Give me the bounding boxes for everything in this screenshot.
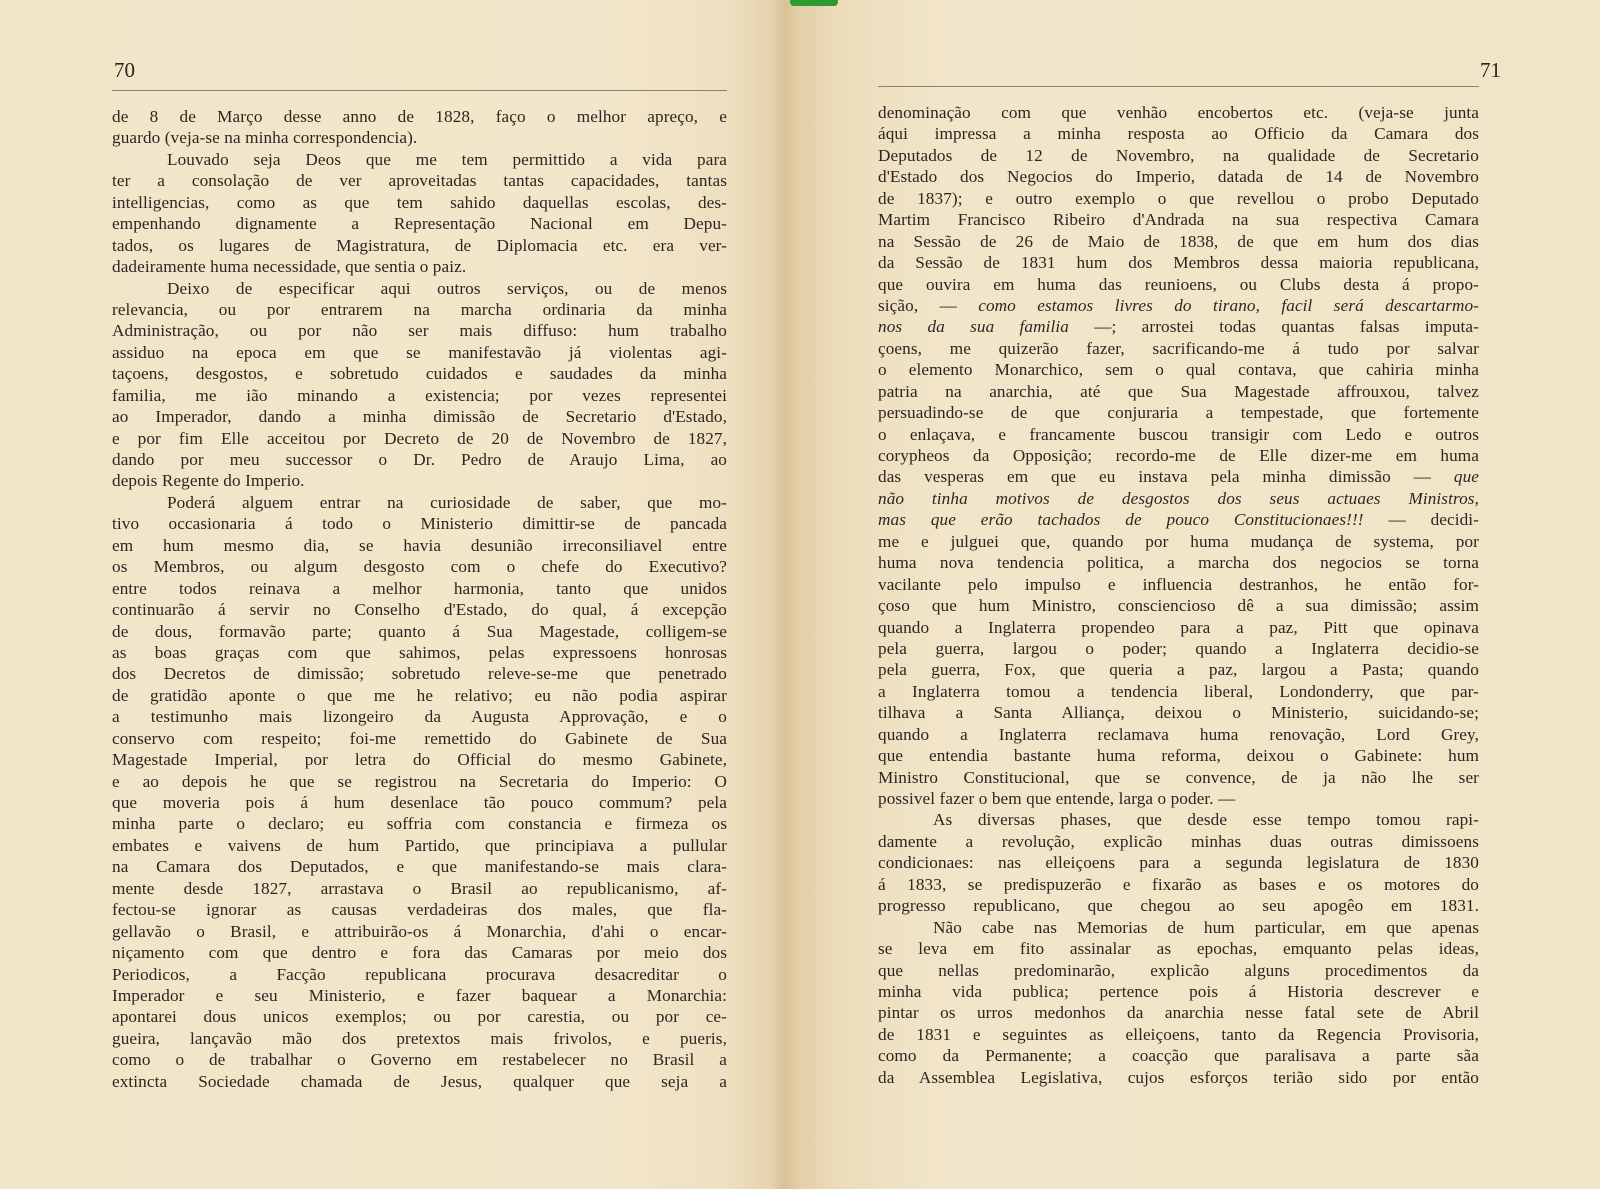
text-line: ter a consolação de ver aproveitadas tan… — [112, 170, 727, 191]
text-segment: possivel fazer o bem que entende, larga … — [878, 789, 1235, 808]
text-line: de gratidão aponte o que me he relativo;… — [112, 685, 727, 706]
page-body-text: de 8 de Março desse anno de 1828, faço o… — [112, 106, 727, 1092]
text-line: quando a Inglaterra reclamava huma renov… — [878, 724, 1479, 745]
text-segment: pela guerra, Fox, que queria a paz, larg… — [878, 660, 1479, 679]
text-line: de 8 de Março desse anno de 1828, faço o… — [112, 106, 727, 127]
text-segment: coryphеos da Opposição; recordo-me de El… — [878, 446, 1479, 465]
text-line: guardo (veja-se na minha correspondencia… — [112, 127, 727, 148]
text-line: vacilante pelo impulso e influencia dest… — [878, 574, 1479, 595]
text-line: de dous, formavão parte; quanto á Sua Ma… — [112, 621, 727, 642]
text-line: empenhando dignamente a Representação Na… — [112, 213, 727, 234]
text-segment: áqui impressa a minha resposta ao Offici… — [878, 124, 1479, 143]
text-line: de 1831 e seguintes as elleiçoens, tanto… — [878, 1024, 1479, 1045]
italic-quote: que — [1454, 467, 1479, 486]
text-line: da Sessão de 1831 hum dos Membros dessa … — [878, 252, 1479, 273]
text-segment: da Assemblea Legislativa, cujos esforços… — [878, 1068, 1479, 1087]
header-rule — [878, 86, 1479, 87]
text-line: e por fim Elle acceitou por Decreto de 2… — [112, 428, 727, 449]
text-segment: progresso republicano, que chegou ao seu… — [878, 896, 1479, 915]
text-line: o elemento Monarchico, sem o qual contav… — [878, 359, 1479, 380]
text-line: pela guerra, Fox, que queria a paz, larg… — [878, 659, 1479, 680]
text-line: á 1833, se predispuzerão e fixarão as ba… — [878, 874, 1479, 895]
text-segment: huma nova tendencia politica, a marcha d… — [878, 553, 1479, 572]
text-segment: persuadindo-se de que conjuraria a tempe… — [878, 403, 1479, 422]
text-line: que entendia bastante huma reforma, deix… — [878, 745, 1479, 766]
text-line: a Inglaterra tomou a tendencia liberal, … — [878, 681, 1479, 702]
page-number: 70 — [114, 58, 135, 83]
text-line: depois Regente do Imperio. — [112, 470, 727, 491]
italic-quote: como estamos livres do tirano, facil ser… — [978, 296, 1479, 315]
page-body-text: denominação com que venhão encobertos et… — [878, 102, 1479, 1088]
text-line: Imperador e seu Ministerio, e fazer baqu… — [112, 985, 727, 1006]
text-segment: Ministro Constitucional, que se convence… — [878, 768, 1479, 787]
text-line: dos Decretos de dimissão; sobretudo rele… — [112, 663, 727, 684]
text-line: conservo com respeito; foi-me remettido … — [112, 728, 727, 749]
text-segment: que entendia bastante huma reforma, deix… — [878, 746, 1479, 765]
text-line: denominação com que venhão encobertos et… — [878, 102, 1479, 123]
text-line: gellavão o Brasil, e attribuirão-os á Mo… — [112, 921, 727, 942]
text-segment: d'Estado dos Negocios do Imperio, datada… — [878, 167, 1479, 186]
text-segment: me e julguei que, quando por huma mudanç… — [878, 532, 1479, 551]
text-line: nos da sua familia —; arrostei todas qua… — [878, 316, 1479, 337]
text-segment: —; arrostei todas quantas falsas imputa- — [1069, 317, 1479, 336]
text-line: fectou-se ignorar as causas verdadeiras … — [112, 899, 727, 920]
text-line: Louvado seja Deos que me tem permittido … — [112, 149, 727, 170]
text-segment: sição, — — [878, 296, 978, 315]
text-line: na Sessão de 26 de Maio de 1838, de que … — [878, 231, 1479, 252]
text-line: de 1837); e outro exemplo o que revellou… — [878, 188, 1479, 209]
text-segment: das vesperas em que eu instava pela minh… — [878, 467, 1454, 486]
text-line: me e julguei que, quando por huma mudanç… — [878, 531, 1479, 552]
text-line: da Assemblea Legislativa, cujos esforços… — [878, 1067, 1479, 1088]
text-line: Deputados de 12 de Novembro, na qualidad… — [878, 145, 1479, 166]
text-segment: á 1833, se predispuzerão e fixarão as ba… — [878, 875, 1479, 894]
text-line: dando por meu successor o Dr. Pedro de A… — [112, 449, 727, 470]
text-line: intelligencias, como as que tem sahido d… — [112, 192, 727, 213]
text-segment: o enlaçava, e francamente buscou transig… — [878, 425, 1479, 444]
text-segment: — decidi- — [1364, 510, 1479, 529]
bookmark-ribbon — [790, 0, 838, 6]
text-line: apontarei dous unicos exemplos; ou por c… — [112, 1006, 727, 1027]
text-line: taçoens, desgostos, e sobretudo cuidados… — [112, 363, 727, 384]
text-segment: se leva em fito assinalar as epochas, em… — [878, 939, 1479, 958]
text-line: Magestade Imperial, por letra do Officia… — [112, 749, 727, 770]
text-line: minha parte o declaro; eu soffria com co… — [112, 813, 727, 834]
text-line: embates e vaivens de hum Partido, que pr… — [112, 835, 727, 856]
text-line: que moveria pois á hum desenlace tão pou… — [112, 792, 727, 813]
text-segment: vacilante pelo impulso e influencia dest… — [878, 575, 1479, 594]
text-line: a testimunho mais lizongeiro da Augusta … — [112, 706, 727, 727]
text-segment: como da Permanente; a coacção que parali… — [878, 1046, 1479, 1065]
text-line: ao Imperador, dando a minha dimissão de … — [112, 406, 727, 427]
text-line: Poderá alguem entrar na curiosidade de s… — [112, 492, 727, 513]
text-segment: Deputados de 12 de Novembro, na qualidad… — [878, 146, 1479, 165]
text-line: o enlaçava, e francamente buscou transig… — [878, 424, 1479, 445]
text-line: as boas graças com que sahimos, pelas ex… — [112, 642, 727, 663]
text-line: tilhava a Santa Alliança, deixou o Minis… — [878, 702, 1479, 723]
text-segment: As diversas phases, que desde esse tempo… — [933, 810, 1479, 829]
text-segment: Martim Francisco Ribeiro d'Andrada na su… — [878, 210, 1479, 229]
text-segment: que ouvira em huma das reunioens, ou Clu… — [878, 275, 1479, 294]
text-segment: Não cabe nas Memorias de hum particular,… — [933, 918, 1479, 937]
text-segment: pintar os urros medonhos da anarchia nes… — [878, 1003, 1479, 1022]
text-line: pintar os urros medonhos da anarchia nes… — [878, 1002, 1479, 1023]
text-segment: denominação com que venhão encobertos et… — [878, 103, 1479, 122]
text-segment: que nellas predominarão, explicão alguns… — [878, 961, 1479, 980]
text-line: gueira, lançavão mão dos pretextos mais … — [112, 1028, 727, 1049]
text-segment: pela guerra, largou o poder; quando a In… — [878, 639, 1479, 658]
text-line: niçamento com que dentro e fora das Cama… — [112, 942, 727, 963]
text-segment: na Sessão de 26 de Maio de 1838, de que … — [878, 232, 1479, 251]
text-line: áqui impressa a minha resposta ao Offici… — [878, 123, 1479, 144]
italic-quote: não tinha motivos de desgostos dos seus … — [878, 489, 1479, 508]
text-line: Ministro Constitucional, que se convence… — [878, 767, 1479, 788]
text-line: huma nova tendencia politica, a marcha d… — [878, 552, 1479, 573]
text-line: como o de trabalhar o Governo em restabe… — [112, 1049, 727, 1070]
text-line: çoens, me quizerão fazer, sacrificando-m… — [878, 338, 1479, 359]
text-segment: patria na anarchia, até que Sua Magestad… — [878, 382, 1479, 401]
text-segment: condicionaes: nas elleiçoens para a segu… — [878, 853, 1479, 872]
text-line: quando a Inglaterra propendeo para a paz… — [878, 617, 1479, 638]
text-segment: çoens, me quizerão fazer, sacrificando-m… — [878, 339, 1479, 358]
text-segment: minha vida publica; pertence pois á Hist… — [878, 982, 1479, 1001]
text-line: mas que erão tachados de pouco Constituc… — [878, 509, 1479, 530]
text-line: familia, me ião minando a existencia; po… — [112, 385, 727, 406]
text-segment: quando a Inglaterra reclamava huma renov… — [878, 725, 1479, 744]
text-segment: quando a Inglaterra propendeo para a paz… — [878, 618, 1479, 637]
text-line: coryphеos da Opposição; recordo-me de El… — [878, 445, 1479, 466]
left-page: 70 de 8 de Março desse anno de 1828, faç… — [112, 0, 727, 1189]
text-segment: o elemento Monarchico, sem o qual contav… — [878, 360, 1479, 379]
text-line: pela guerra, largou o poder; quando a In… — [878, 638, 1479, 659]
text-line: Administração, ou por não ser mais diffu… — [112, 320, 727, 341]
book-spread: 70 de 8 de Março desse anno de 1828, faç… — [0, 0, 1600, 1189]
text-line: tados, os lugares de Magistratura, de Di… — [112, 235, 727, 256]
text-segment: de 1837); e outro exemplo o que revellou… — [878, 189, 1479, 208]
text-line: que nellas predominarão, explicão alguns… — [878, 960, 1479, 981]
text-line: Não cabe nas Memorias de hum particular,… — [878, 917, 1479, 938]
text-line: tivo occasionaria á todo o Ministerio di… — [112, 513, 727, 534]
text-line: os Membros, ou algum desgosto com o chef… — [112, 556, 727, 577]
italic-quote: nos da sua familia — [878, 317, 1069, 336]
text-line: continuarão á servir no Conselho d'Estad… — [112, 599, 727, 620]
header-rule — [112, 90, 727, 91]
text-line: assiduo na epoca em que se manifestavão … — [112, 342, 727, 363]
text-line: entre todos reinava a melhor harmonia, t… — [112, 578, 727, 599]
text-line: possivel fazer o bem que entende, larga … — [878, 788, 1479, 809]
italic-quote: mas que erão tachados de pouco Constituc… — [878, 510, 1364, 529]
text-line: sição, — como estamos livres do tirano, … — [878, 295, 1479, 316]
text-line: minha vida publica; pertence pois á Hist… — [878, 981, 1479, 1002]
text-segment: damente a revolução, explicão minhas dua… — [878, 832, 1479, 851]
text-line: çoso que hum Ministro, consciencioso dê … — [878, 595, 1479, 616]
text-segment: de 1831 e seguintes as elleiçoens, tanto… — [878, 1025, 1479, 1044]
text-line: persuadindo-se de que conjuraria a tempe… — [878, 402, 1479, 423]
text-line: extincta Sociedade chamada de Jesus, qua… — [112, 1071, 727, 1092]
text-line: Periodicos, a Facção republicana procura… — [112, 964, 727, 985]
text-segment: da Sessão de 1831 hum dos Membros dessa … — [878, 253, 1479, 272]
text-line: que ouvira em huma das reunioens, ou Clu… — [878, 274, 1479, 295]
text-line: progresso republicano, que chegou ao seu… — [878, 895, 1479, 916]
text-line: como da Permanente; a coacção que parali… — [878, 1045, 1479, 1066]
text-segment: çoso que hum Ministro, consciencioso dê … — [878, 596, 1479, 615]
page-number: 71 — [1480, 58, 1501, 83]
text-line: se leva em fito assinalar as epochas, em… — [878, 938, 1479, 959]
text-line: relevancia, ou por entrarem na marcha or… — [112, 299, 727, 320]
text-line: na Camara dos Deputados, e que manifesta… — [112, 856, 727, 877]
text-line: Deixo de especificar aqui outros serviço… — [112, 278, 727, 299]
text-line: damente a revolução, explicão minhas dua… — [878, 831, 1479, 852]
text-segment: tilhava a Santa Alliança, deixou o Minis… — [878, 703, 1479, 722]
right-page: 71 denominação com que venhão encobertos… — [886, 0, 1503, 1189]
text-line: d'Estado dos Negocios do Imperio, datada… — [878, 166, 1479, 187]
text-line: mente desde 1827, arrastava o Brasil ao … — [112, 878, 727, 899]
text-line: dadeiramente huma necessidade, que senti… — [112, 256, 727, 277]
text-segment: a Inglaterra tomou a tendencia liberal, … — [878, 682, 1479, 701]
text-line: Martim Francisco Ribeiro d'Andrada na su… — [878, 209, 1479, 230]
text-line: das vesperas em que eu instava pela minh… — [878, 466, 1479, 487]
text-line: condicionaes: nas elleiçoens para a segu… — [878, 852, 1479, 873]
text-line: em hum mesmo dia, se havia desunião irre… — [112, 535, 727, 556]
text-line: e ao depois he que se registrou na Secre… — [112, 771, 727, 792]
text-line: patria na anarchia, até que Sua Magestad… — [878, 381, 1479, 402]
text-line: não tinha motivos de desgostos dos seus … — [878, 488, 1479, 509]
text-line: As diversas phases, que desde esse tempo… — [878, 809, 1479, 830]
